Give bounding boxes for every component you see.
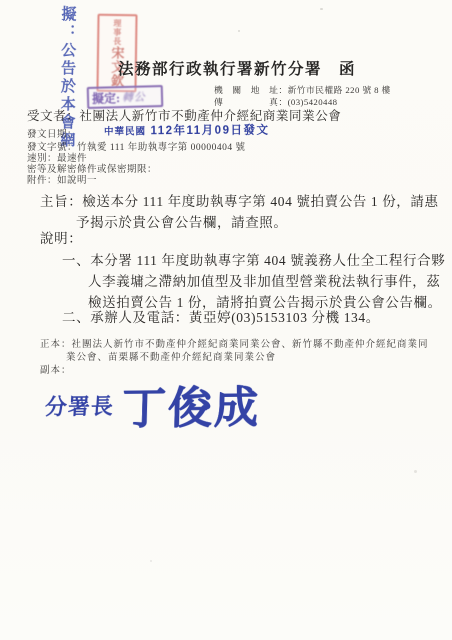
approval-stamp-scribble: 轉 公 bbox=[122, 89, 144, 106]
issue-date-stamp: 中華民國 112年11月09日發文 bbox=[104, 120, 270, 139]
issue-date-stamp-prefix: 中華民國 bbox=[104, 126, 146, 137]
scanned-official-letter: 擬：公告於本會網 理事長 宋文欽 擬定: 轉 公 法務部行政執行署新竹分署 函 … bbox=[0, 0, 452, 640]
subject-line-1: 主旨：檢送本分 111 年度助執專字第 404 號拍賣公告 1 份，請惠 bbox=[40, 190, 439, 210]
red-receipt-seal: 理事長 宋文欽 bbox=[96, 14, 137, 93]
approval-stamp-label: 擬定: bbox=[92, 89, 120, 107]
subject-line-2: 予揭示於貴公會公告欄，請查照。 bbox=[76, 211, 288, 231]
scan-speck bbox=[414, 470, 417, 473]
explanation-heading: 說明： bbox=[40, 227, 82, 247]
explanation-item1-line1: 一、本分署 111 年度助執專字第 404 號義務人仕全工程行合夥 bbox=[62, 249, 445, 269]
red-seal-title-text: 理事長 bbox=[112, 18, 123, 45]
scan-speck bbox=[320, 8, 323, 10]
explanation-item1-line2: 人李義墉之滯納加值型及非加值型營業稅法執行事件，茲 bbox=[88, 270, 441, 290]
issue-date-stamp-main: 112年11月09日發文 bbox=[150, 124, 269, 137]
signer-name-signature: 丁俊成 bbox=[121, 371, 261, 436]
document-title: 法務部行政執行署新竹分署 函 bbox=[118, 57, 356, 79]
original-recipients-line2: 業公會、苗栗縣不動產仲介經紀商業同業公會 bbox=[66, 349, 276, 363]
attachment-line: 附件：如說明一 bbox=[27, 172, 97, 186]
original-recipients-line1: 正本：社團法人新竹市不動產仲介經紀商業同業公會、新竹縣不動產仲介經紀商業同 bbox=[40, 336, 429, 350]
issue-date-label: 發文日期： bbox=[27, 126, 77, 140]
scan-speck bbox=[238, 30, 240, 32]
explanation-item2: 二、承辦人及電話：黃亞婷(03)5153103 分機 134。 bbox=[62, 306, 380, 326]
scan-speck bbox=[150, 560, 152, 562]
signature-block: 分署長 丁俊成 bbox=[45, 371, 306, 438]
signer-title: 分署長 bbox=[44, 389, 115, 421]
